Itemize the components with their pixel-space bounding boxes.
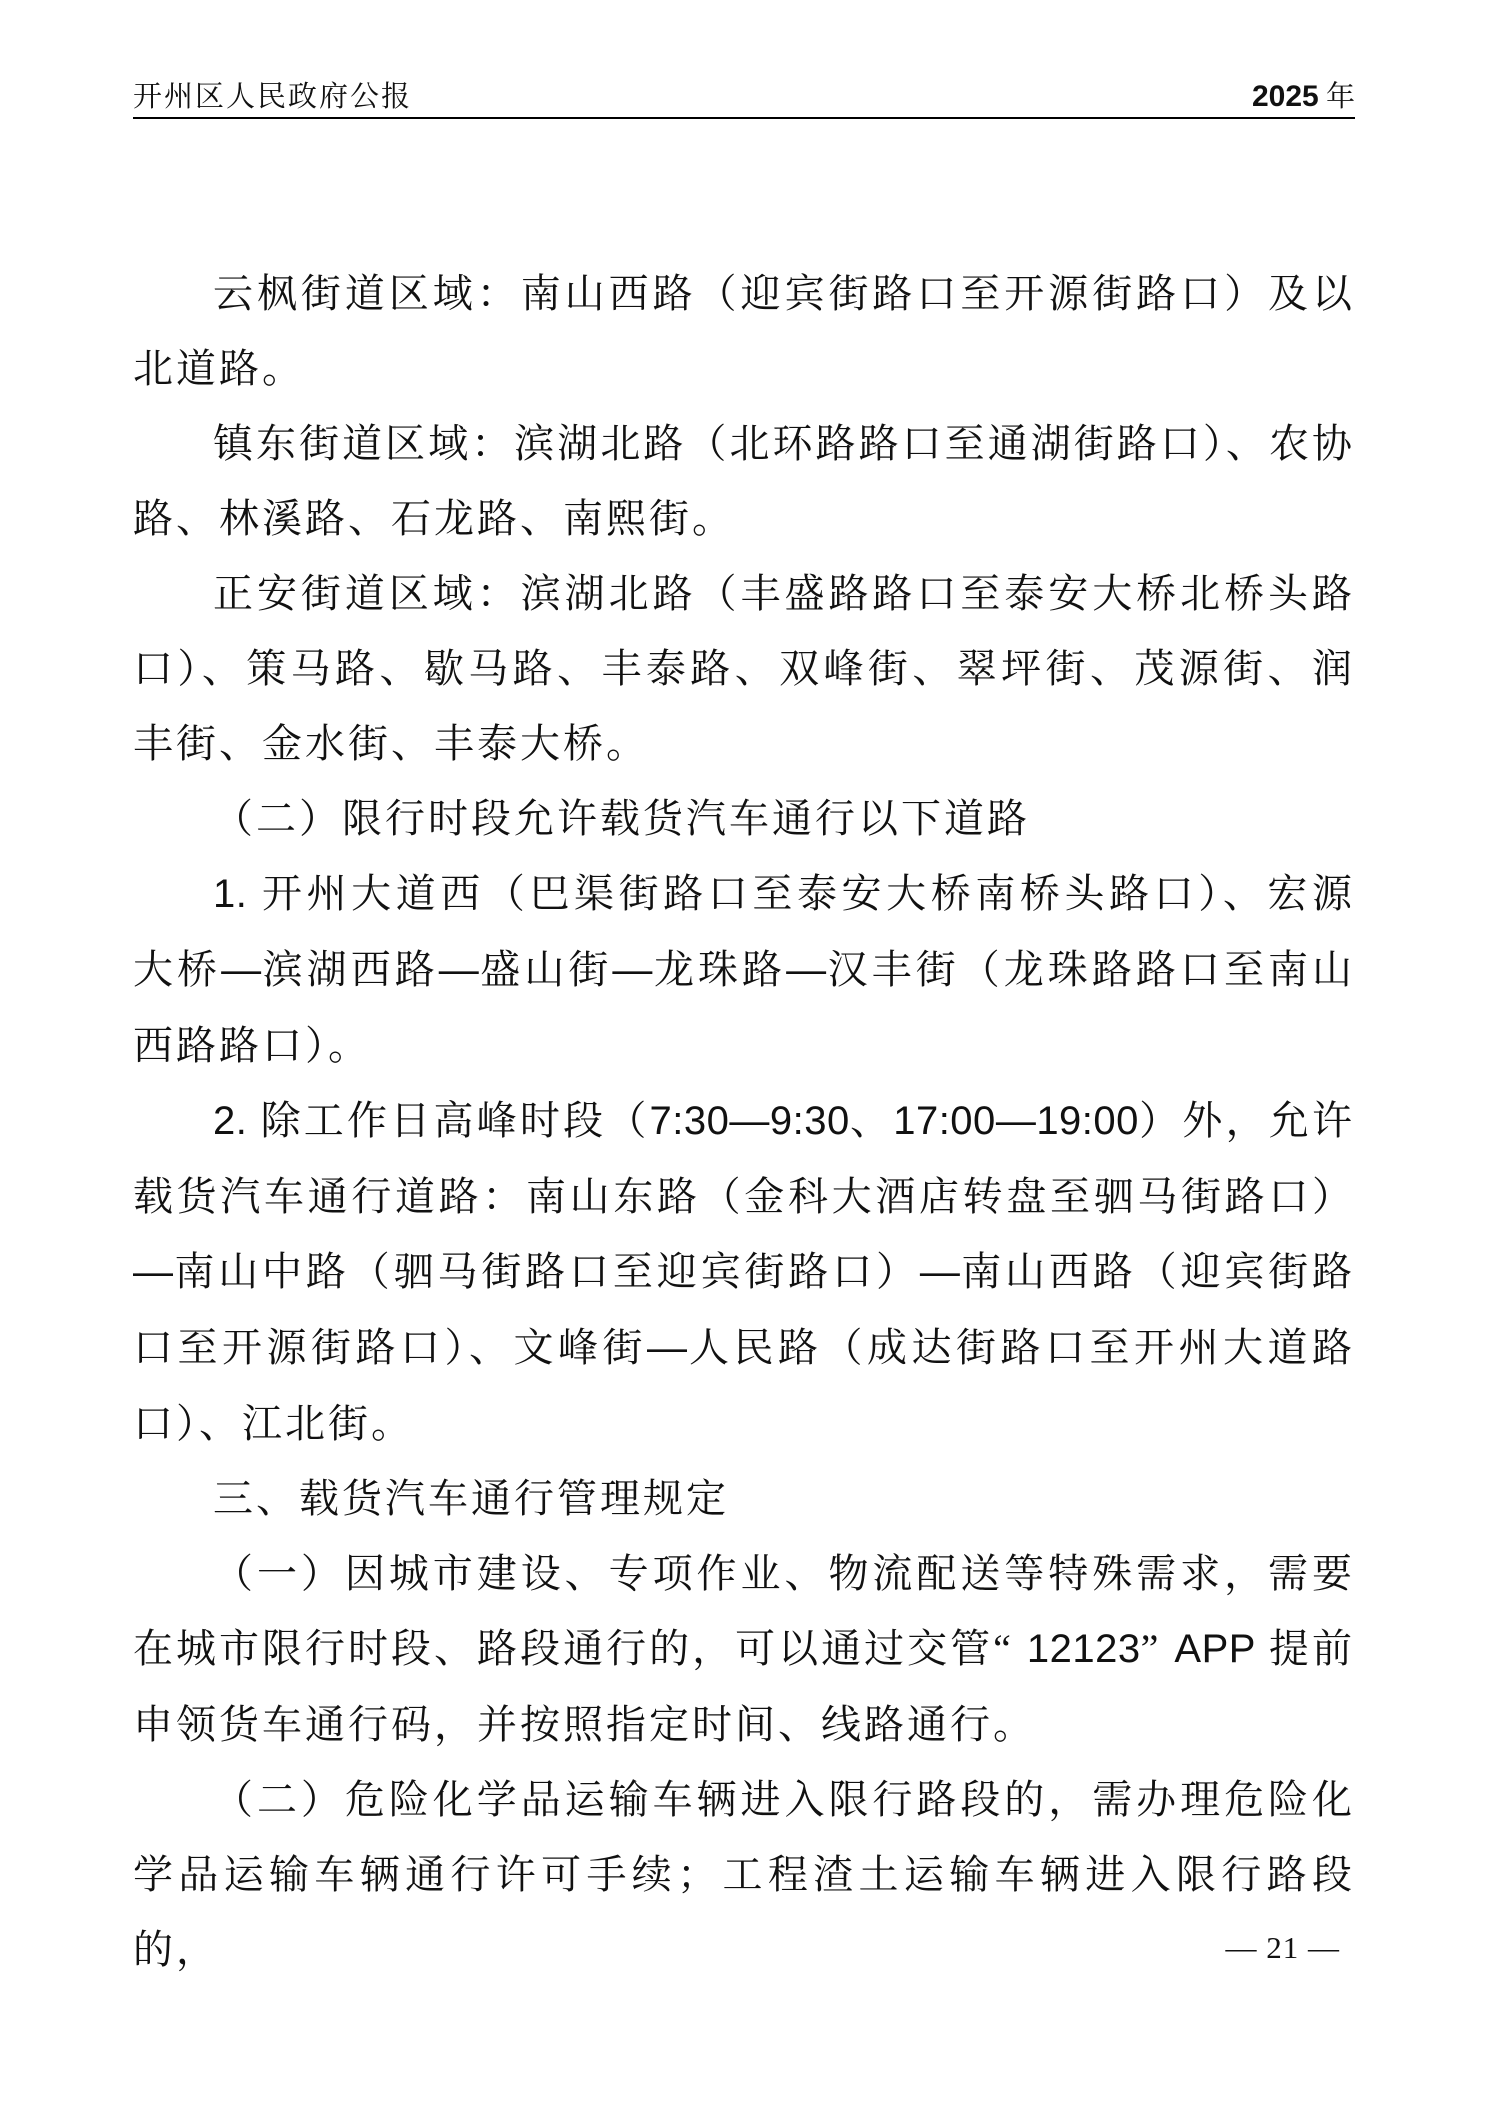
- paragraph: 1. 开州大道西（巴渠街路口至泰安大桥南桥头路口）、宏源大桥—滨湖西路—盛山街—…: [133, 856, 1355, 1083]
- paragraph: 三、载货汽车通行管理规定: [133, 1461, 1355, 1536]
- paragraph: 云枫街道区域：南山西路（迎宾街路口至开源街路口）及以北道路。: [133, 256, 1355, 406]
- paragraph: 2. 除工作日高峰时段（7:30—9:30、17:00—19:00）外，允许载货…: [133, 1083, 1355, 1461]
- document-body: 云枫街道区域：南山西路（迎宾街路口至开源街路口）及以北道路。 镇东街道区域：滨湖…: [133, 256, 1355, 1987]
- paragraph: （二）限行时段允许载货汽车通行以下道路: [133, 781, 1355, 856]
- gazette-year-suffix: 年: [1326, 81, 1355, 113]
- paragraph: 镇东街道区域：滨湖北路（北环路路口至通湖街路口）、农协路、林溪路、石龙路、南熙街…: [133, 406, 1355, 556]
- page-header: 开州区人民政府公报 2025 年: [133, 74, 1355, 115]
- header-divider: [133, 117, 1355, 119]
- gazette-year-number: 2025: [1252, 80, 1319, 113]
- page-number: — 21 —: [1226, 1930, 1341, 1966]
- paragraph: （一）因城市建设、专项作业、物流配送等特殊需求，需要在城市限行时段、路段通行的，…: [133, 1536, 1355, 1762]
- paragraph: （二）危险化学品运输车辆进入限行路段的，需办理危险化学品运输车辆通行许可手续；工…: [133, 1762, 1355, 1987]
- document-page: 开州区人民政府公报 2025 年 云枫街道区域：南山西路（迎宾街路口至开源街路口…: [0, 0, 1488, 2104]
- gazette-title: 开州区人民政府公报: [133, 74, 412, 115]
- paragraph: 正安街道区域：滨湖北路（丰盛路路口至泰安大桥北桥头路口）、策马路、歇马路、丰泰路…: [133, 556, 1355, 781]
- gazette-year: 2025 年: [1252, 74, 1355, 115]
